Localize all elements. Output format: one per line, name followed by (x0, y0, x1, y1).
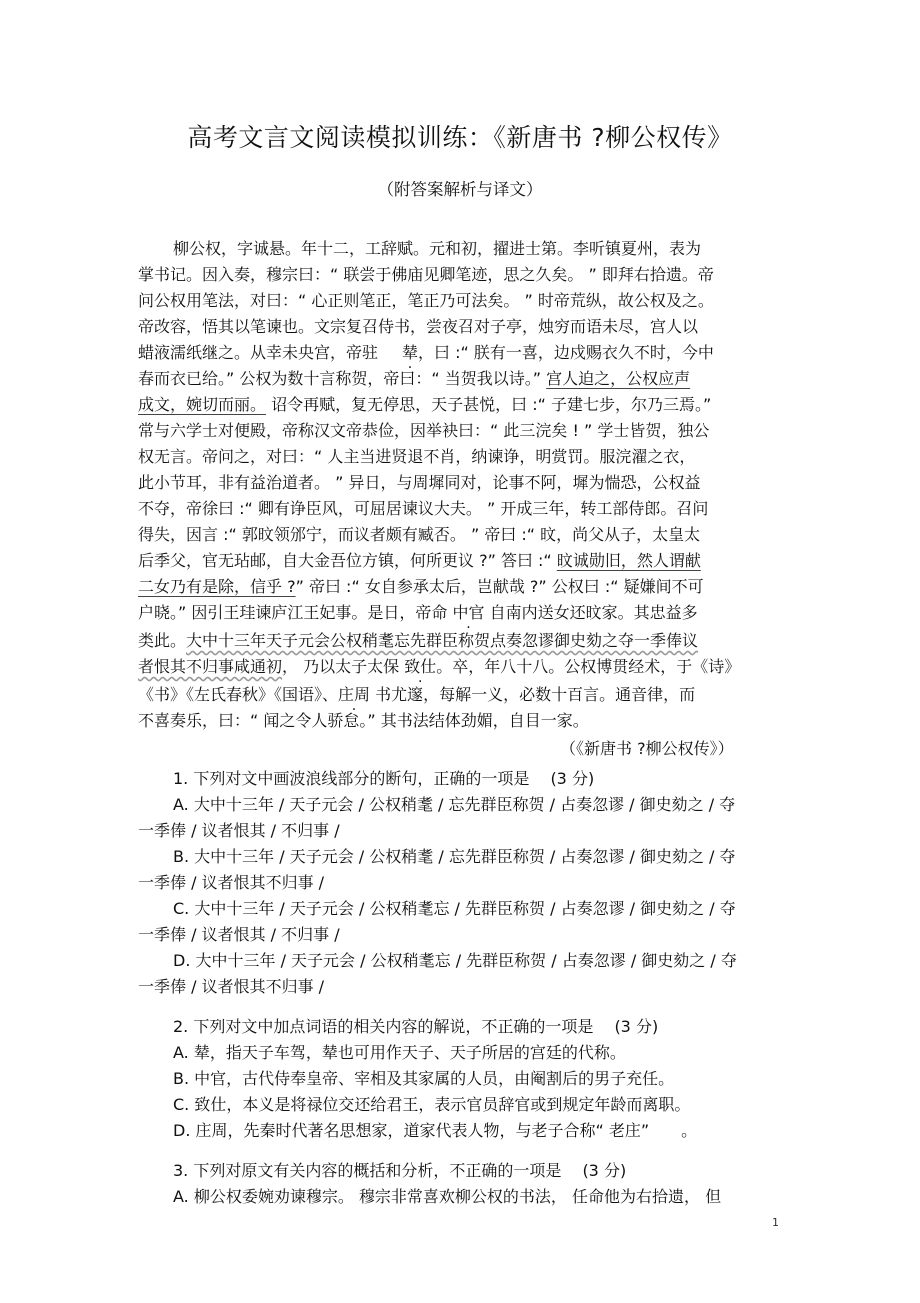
dotted-word-zhishi: 致仕 (404, 657, 436, 676)
passage-line: 后季父，官无玷邮，自大金吾位方镇，何所更议 ?” 答曰 :“ 旼诚勋旧，然人谓献 (138, 550, 701, 572)
question-1-stem: 1. 下列对文中画波浪线部分的断句，正确的一项是 (3 分) (173, 768, 594, 790)
passage-text: 户晓。” 因引王珪谏庐江王妃事。是日，帝命 (138, 603, 452, 622)
question-1-option-c-cont: 一季俸 / 议者恨其 / 不归事 / (138, 924, 340, 946)
passage-line: 权无言。帝问之，对曰：“ 人主当进贤退不肖，纳谏诤，明赏罚。服浣濯之衣， (138, 446, 695, 468)
question-1-option-a: A. 大中十三年 / 天子元会 / 公权稍耄 / 忘先群臣称贺 / 占奏忽谬 /… (173, 794, 735, 816)
passage-text: ，曰 :“ 朕有一喜，边戍赐衣久不时，今中 (418, 343, 714, 362)
document-subtitle: （附答案解析与译文） (0, 176, 920, 200)
question-3-stem: 3. 下列对原文有关内容的概括和分析，不正确的一项是 (3 分) (173, 1160, 626, 1182)
question-1-option-c: C. 大中十三年 / 天子元会 / 公权稍耄忘 / 先群臣称贺 / 占奏忽谬 /… (173, 898, 736, 920)
dotted-word-nian: 辇 (402, 343, 418, 362)
question-1-option-a-cont: 一季俸 / 议者恨其 / 不归事 / (138, 820, 340, 842)
passage-line: 户晓。” 因引王珪谏庐江王妃事。是日，帝命 中官 自南内送女还旼家。其忠益多 (138, 602, 698, 624)
source-citation: （《新唐书 ?柳公权传》） (560, 738, 734, 760)
document-page: 高考文言文阅读模拟训练：《新唐书 ?柳公权传》 （附答案解析与译文） 柳公权，字… (0, 0, 920, 1303)
passage-line: 得失，因言 :“ 郭旼领邠宁，而议者颇有臧否。 ” 帝曰 :“ 旼，尚父从子，太… (138, 524, 700, 546)
question-2-option-c: C. 致仕，本义是将禄位交还给君王，表示官员辞官或到规定年龄而离职。 (173, 1094, 690, 1116)
document-title: 高考文言文阅读模拟训练：《新唐书 ?柳公权传》 (0, 118, 920, 154)
passage-text: ， 乃以太子太保 (282, 657, 404, 676)
question-1-option-d: D. 大中十三年 / 天子元会 / 公权稍耄忘 / 先群臣称贺 / 占奏忽谬 /… (173, 950, 737, 972)
passage-line: 帝改容，悟其以笔谏也。文宗复召侍书，尝夜召对子亭，烛穷而语未尽，宫人以 (138, 316, 698, 338)
passage-text: 。卒，年八十八。公权博贯经术，于《诗》 (436, 657, 740, 676)
underlined-sentence: 成文，婉切而丽。 (138, 395, 266, 414)
passage-text: 蜡液濡纸继之。从幸未央宫，帝驻 (138, 343, 378, 362)
passage-line: 掌书记。因入奏，穆宗曰：“ 联尝于佛庙见卿笔迹，思之久矣。 ” 即拜右拾遗。帝 (138, 264, 714, 286)
question-1-option-b-cont: 一季俸 / 议者恨其不归事 / (138, 872, 324, 894)
passage-line: 者恨其不归事咸通初， 乃以太子太保 致仕。卒，年八十八。公权博贯经术，于《诗》 (138, 656, 740, 678)
wavy-underlined-sentence: 者恨其不归事咸通初 (138, 657, 282, 676)
passage-text: 自南内送女还旼家。其忠益多 (484, 603, 697, 622)
question-1-option-d-cont: 一季俸 / 议者恨其不归事 / (138, 976, 324, 998)
passage-line: 不夺，帝徐曰 :“ 卿有诤臣风，可屈居谏议大夫。 ” 开成三年，转工部侍郎。召问 (138, 498, 708, 520)
underlined-sentence: 二女乃有是除，信乎 ? (138, 577, 296, 596)
question-2-stem: 2. 下列对文中加点词语的相关内容的解说，不正确的一项是 (3 分) (173, 1016, 658, 1038)
passage-text: ” 帝曰 :“ 女自参承太后，岂献哉 ?” 公权曰 :“ 疑嫌间不可 (296, 577, 704, 596)
question-2-option-b: B. 中官，古代侍奉皇帝、宰相及其家属的人员，由阉割后的男子充任。 (173, 1068, 674, 1090)
question-3-option-a: A. 柳公权委婉劝谏穆宗。 穆宗非常喜欢柳公权的书法， 任命他为右拾遗， 但 (173, 1186, 721, 1208)
question-1-option-b: B. 大中十三年 / 天子元会 / 公权稍耄 / 忘先群臣称贺 / 占奏忽谬 /… (173, 846, 736, 868)
passage-line: 类此。大中十三年天子元会公权稍耄忘先群臣称贺点奏忽谬御史劾之夺一季俸议 (138, 630, 698, 652)
passage-text: 春而衣已给。” 公权为数十言称贺，帝曰：“ 当贺我以诗。” (138, 369, 546, 388)
underlined-sentence: 旼诚勋旧，然人谓献 (557, 551, 701, 570)
passage-line: 问公权用笔法，对曰：“ 心正则笔正，笔正乃可法矣。 ” 时帝荒纵，故公权及之。 (138, 290, 714, 312)
passage-text: 诏令再赋，复无停思，天子甚悦，曰 :“ 子建七步，尔乃三焉。” (266, 395, 711, 414)
passage-line: 二女乃有是除，信乎 ?” 帝曰 :“ 女自参承太后，岂献哉 ?” 公权曰 :“ … (138, 576, 704, 598)
passage-line: 此小节耳，非有益治道者。 ” 异日，与周墀同对，论事不阿，墀为惴恐，公权益 (138, 472, 700, 494)
passage-text: 书尤邃，每解一义，必数十百言。通音律，而 (370, 685, 695, 704)
question-2-option-a: A. 辇，指天子车驾，辇也可用作天子、天子所居的宫廷的代称。 (173, 1042, 626, 1064)
passage-line: 不喜奏乐，曰：“ 闻之令人骄怠。” 其书法结体劲媚，自目一家。 (138, 710, 589, 732)
passage-line: 柳公权，字诚悬。年十二，工辞赋。元和初，擢进士第。李听镇夏州，表为 (173, 238, 701, 260)
passage-line: 成文，婉切而丽。 诏令再赋，复无停思，天子甚悦，曰 :“ 子建七步，尔乃三焉。” (138, 394, 711, 416)
question-2-option-d: D. 庄周，先秦时代著名思想家，道家代表人物，与老子合称“ 老庄” 。 (173, 1120, 697, 1142)
passage-text: 后季父，官无玷邮，自大金吾位方镇，何所更议 ?” 答曰 :“ (138, 551, 557, 570)
page-number: 1 (772, 1216, 779, 1229)
underlined-sentence: 宫人迫之，公权应声 (546, 369, 690, 388)
passage-line: 《书》《左氏春秋》《国语》、庄周 书尤邃，每解一义，必数十百言。通音律，而 (138, 684, 695, 706)
passage-line: 常与六学士对便殿，帝称汉文帝恭俭，因举袂曰：“ 此三浣矣 ! ” 学士皆贺，独公 (138, 420, 709, 442)
passage-line: 春而衣已给。” 公权为数十言称贺，帝曰：“ 当贺我以诗。” 宫人迫之，公权应声 (138, 368, 690, 390)
wavy-underlined-sentence: 大中十三年天子元会公权稍耄忘先群臣称贺点奏忽谬御史劾之夺一季俸议 (186, 631, 698, 650)
passage-line: 蜡液濡纸继之。从幸未央宫，帝驻辇，曰 :“ 朕有一喜，边戍赐衣久不时，今中 (138, 342, 714, 364)
passage-text: 《书》《左氏春秋》《国语》、 (138, 685, 338, 704)
dotted-word-zhongguan: 中官 (452, 603, 484, 622)
passage-text: 类此。 (138, 631, 186, 650)
dotted-word-zhuangzhou: 庄周 (338, 685, 370, 704)
